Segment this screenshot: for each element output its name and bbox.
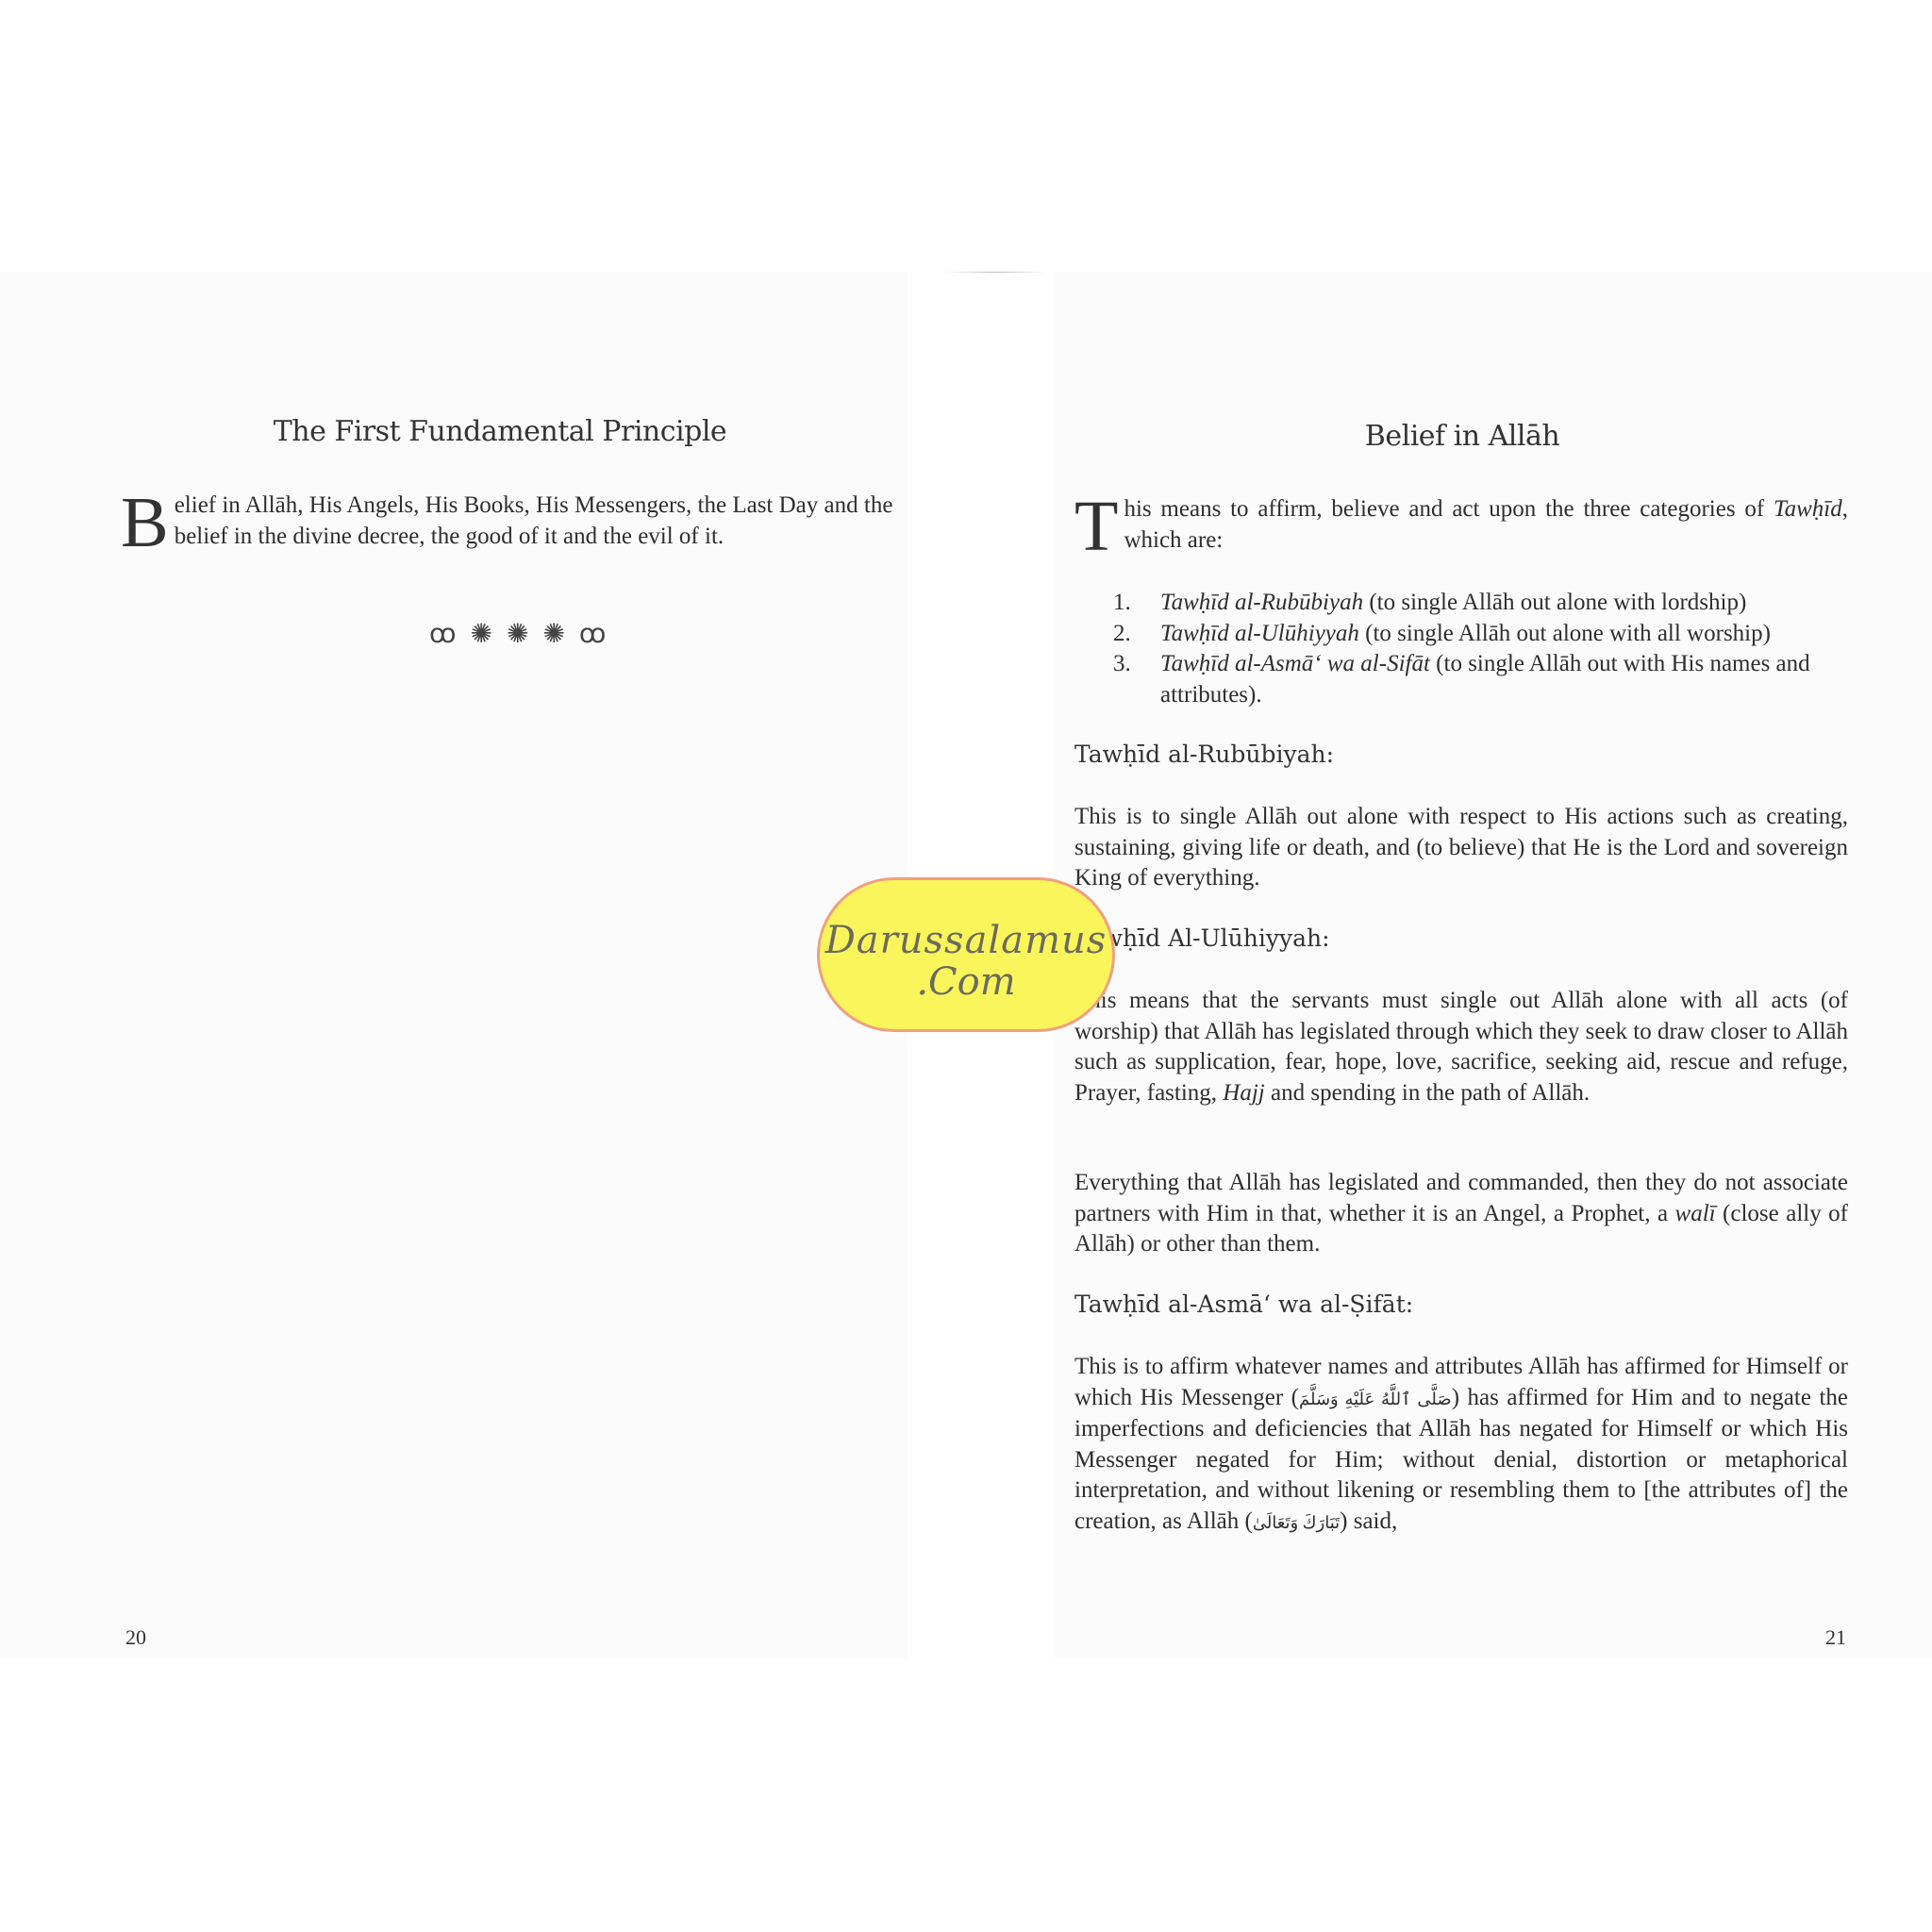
- watermark-badge: Darussalamus .Com: [817, 877, 1115, 1032]
- right-page-title: Belief in Allāh: [1170, 420, 1755, 453]
- page-number-left: 20: [125, 1625, 146, 1650]
- gutter-edge: [943, 272, 1047, 273]
- watermark-line1: Darussalamus: [820, 920, 1112, 961]
- intro-paragraph: This means to affirm, believe and act up…: [1074, 494, 1848, 556]
- section-uluhiyyah-text-2: Everything that Allāh has legislated and…: [1074, 1168, 1848, 1260]
- left-page-body: Belief in Allāh, His Angels, His Books, …: [121, 491, 894, 552]
- left-page-title: The First Fundamental Principle: [226, 415, 774, 448]
- list-item: 2.Tawḥīd al-Ulūhiyyah (to single Allāh o…: [1113, 619, 1849, 650]
- watermark-line2: .Com: [820, 961, 1112, 1003]
- left-body-text: elief in Allāh, His Angels, His Books, H…: [175, 492, 893, 549]
- dropcap-t: T: [1074, 498, 1118, 555]
- dropcap-b: B: [121, 494, 169, 551]
- list-item: 1.Tawḥīd al-Rubūbiyah (to single Allāh o…: [1113, 588, 1849, 619]
- ornament-divider: ꝏ ✺ ✺ ✺ ꝏ: [429, 618, 609, 650]
- arabic-salutation: صَلَّى ٱللَّهُ عَلَيْهِ وَسَلَّمَ: [1299, 1390, 1452, 1408]
- section-heading-asma-sifat: Tawḥīd al-Asmā‘ wa al-Ṣifāt:: [1074, 1291, 1413, 1318]
- section-uluhiyyah-text: This means that the servants must single…: [1074, 986, 1848, 1108]
- list-item: 3.Tawḥīd al-Asmā‘ wa al-Sifāt (to single…: [1113, 649, 1849, 710]
- section-rububiyah-text: This is to single Allāh out alone with r…: [1074, 802, 1848, 894]
- left-page: [0, 272, 908, 1658]
- arabic-glorification: تَبَارَكَ وَتَعَالَىٰ: [1253, 1513, 1340, 1532]
- tawhid-categories-list: 1.Tawḥīd al-Rubūbiyah (to single Allāh o…: [1113, 588, 1849, 710]
- section-asma-sifat-text: This is to affirm whatever names and att…: [1074, 1352, 1848, 1538]
- section-heading-rububiyah: Tawḥīd al-Rubūbiyah:: [1074, 741, 1334, 768]
- page-number-right: 21: [1825, 1625, 1846, 1650]
